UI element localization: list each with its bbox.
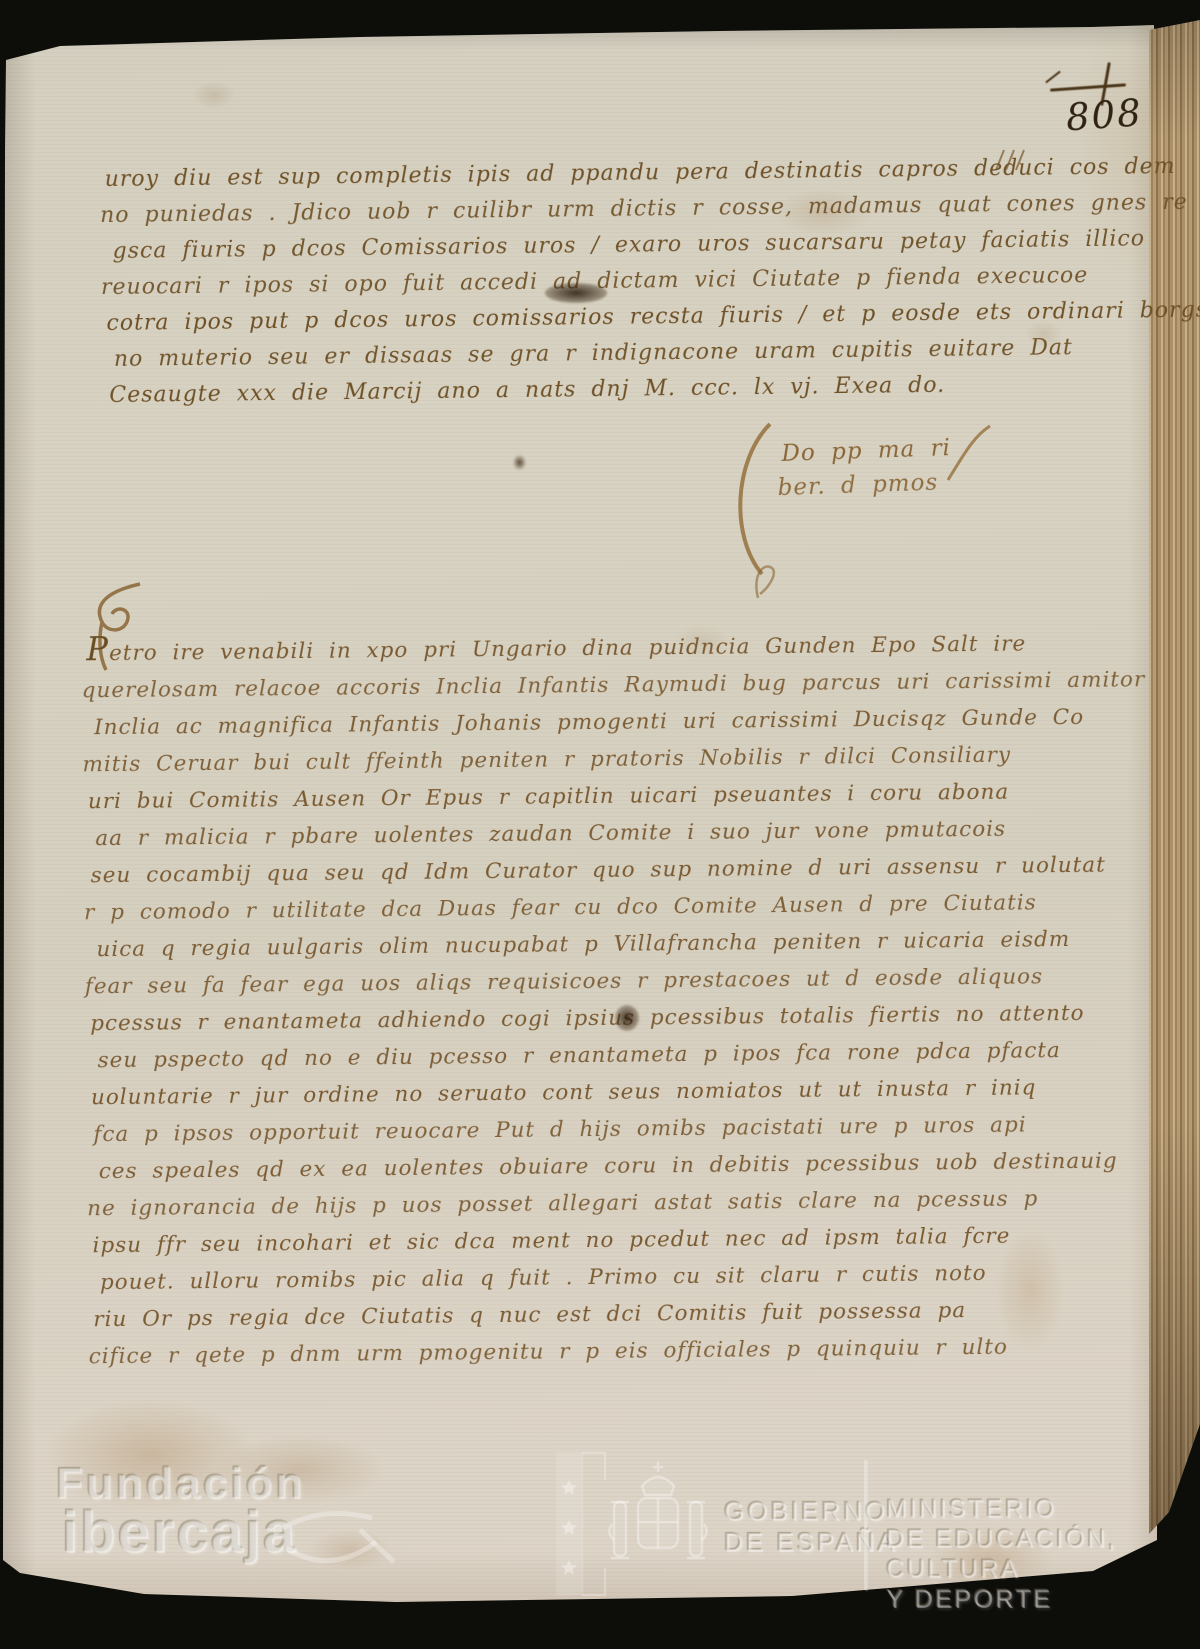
folio-number: 808 [1065,91,1144,139]
manuscript-photo: 808 uroy diu est sup completis ipis ad p… [0,0,1200,1649]
spain-coat-of-arms-icon [606,1458,710,1584]
watermark-gobierno: GOBIERNO DE ESPAÑA [724,1496,898,1558]
pen-marks-flourish [750,560,780,602]
text-block-1: uroy diu est sup completis ipis ad ppand… [104,150,1087,414]
watermark-text: MINISTERIO [886,1494,1200,1524]
ibercaja-logo-icon [268,1496,400,1584]
flag-stars-icon [556,1452,582,1594]
watermark-divider [864,1460,867,1590]
watermark-frame-mark [582,1452,606,1480]
signature-tail-flourish [944,420,994,484]
signature-bracket-flourish [726,418,778,582]
watermark-text: DE ESPAÑA [724,1527,898,1558]
signature-line: ber. d pmos [777,465,953,505]
watermark-frame-mark [582,1568,606,1596]
ink-blot [513,455,526,470]
text-block-2: Petro ire venabili in xpo pri Ungario di… [86,621,1094,1375]
watermark-ministerio: MINISTERIO DE EDUCACIÓN, CULTURA Y DEPOR… [886,1494,1200,1614]
watermark-text: Y DEPORTE [886,1584,1200,1614]
watermark-text: GOBIERNO [724,1496,898,1527]
ink-blot [615,1005,639,1031]
signature-block: Do pp ma ri ber. d pmos [781,431,953,505]
ink-blot [545,283,607,303]
book-page-edges [1149,20,1200,1544]
watermark-text: DE EDUCACIÓN, CULTURA [886,1524,1200,1584]
